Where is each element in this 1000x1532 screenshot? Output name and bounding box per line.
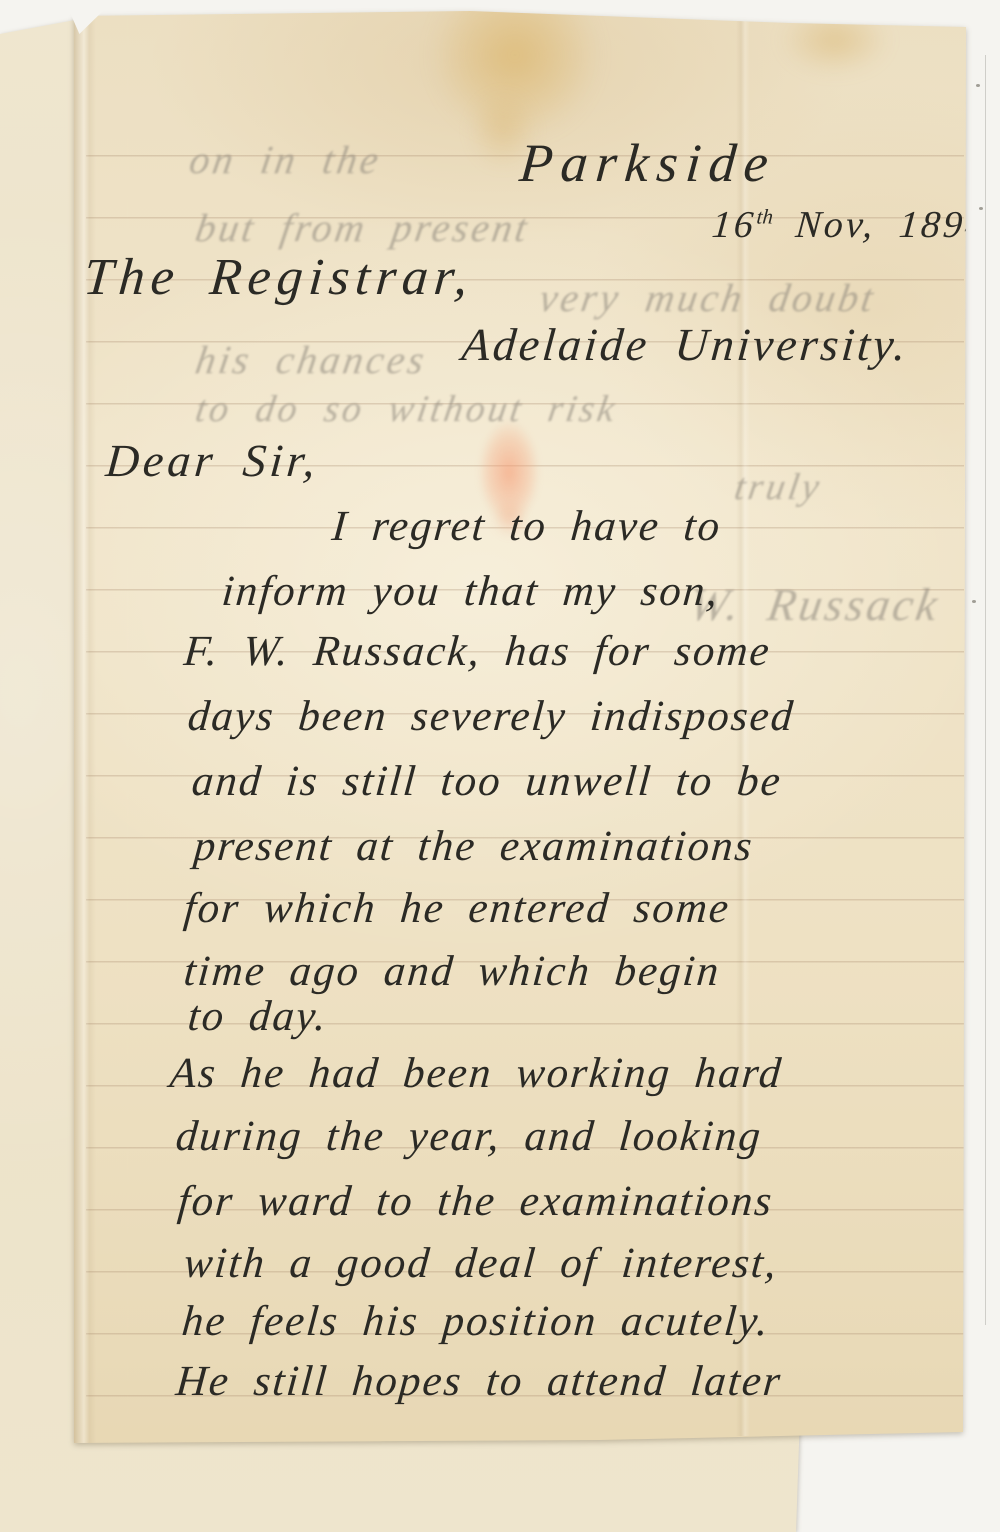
letter-body-line: As he had been working hard <box>168 1052 784 1095</box>
letter-date: 16th Nov, 1894 <box>710 206 988 244</box>
letter-body-line: and is still too unwell to be <box>190 760 784 803</box>
stain-yellow-bottom <box>676 1448 706 1532</box>
scanned-letter-page: on in the but from present very much dou… <box>0 0 1000 1532</box>
letter-body-line: for which he entered some <box>182 887 732 930</box>
bleed-through-line: on in the <box>187 140 384 180</box>
letter-body-line: inform you that my son, <box>220 570 721 613</box>
scanner-edge-line <box>985 55 986 1325</box>
bleed-through-signature: W. Russack <box>686 582 943 628</box>
bleed-through-line: but from present <box>193 208 533 248</box>
scan-speck <box>972 600 976 603</box>
letter-body-line: with a good deal of interest, <box>182 1242 780 1285</box>
letter-body-line: I regret to have to <box>330 505 723 548</box>
letter-body-line: he feels his position acutely. <box>180 1300 771 1343</box>
bleed-through-line: his chances <box>193 340 430 380</box>
bleed-through-line: truly <box>732 468 825 506</box>
letter-date-rest: Nov, 1894 <box>770 204 989 246</box>
letter-salutation: Dear Sir, <box>104 438 321 484</box>
letter-date-day: 16 <box>710 204 758 246</box>
letter-body-line: time ago and which begin <box>182 950 722 993</box>
scan-speck <box>976 84 980 87</box>
letter-sheet-shadow: on in the but from present very much dou… <box>0 0 1000 1532</box>
letter-recipient: The Registrar, <box>82 252 476 304</box>
bleed-through-line: very much doubt <box>537 278 879 318</box>
scan-speck <box>979 207 983 210</box>
letter-sheet: on in the but from present very much dou… <box>0 0 1000 1532</box>
letter-body-line: for ward to the examinations <box>176 1180 775 1223</box>
letter-place: Parkside <box>518 136 779 190</box>
letter-body-line: F. W. Russack, has for some <box>182 630 773 673</box>
letter-body-line: present at the examinations <box>192 825 755 868</box>
letter-body-line: to day. <box>186 995 329 1038</box>
letter-recipient-org: Adelaide University. <box>460 322 911 368</box>
letter-body-line: He still hopes to attend later <box>174 1360 784 1403</box>
fold-crease-left <box>74 16 96 1443</box>
letter-body-line: during the year, and looking <box>174 1115 764 1158</box>
letter-body-line: days been severely indisposed <box>186 695 796 738</box>
stain-yellow-top-right <box>780 5 890 75</box>
bleed-through-line: to do so without risk <box>193 390 620 428</box>
